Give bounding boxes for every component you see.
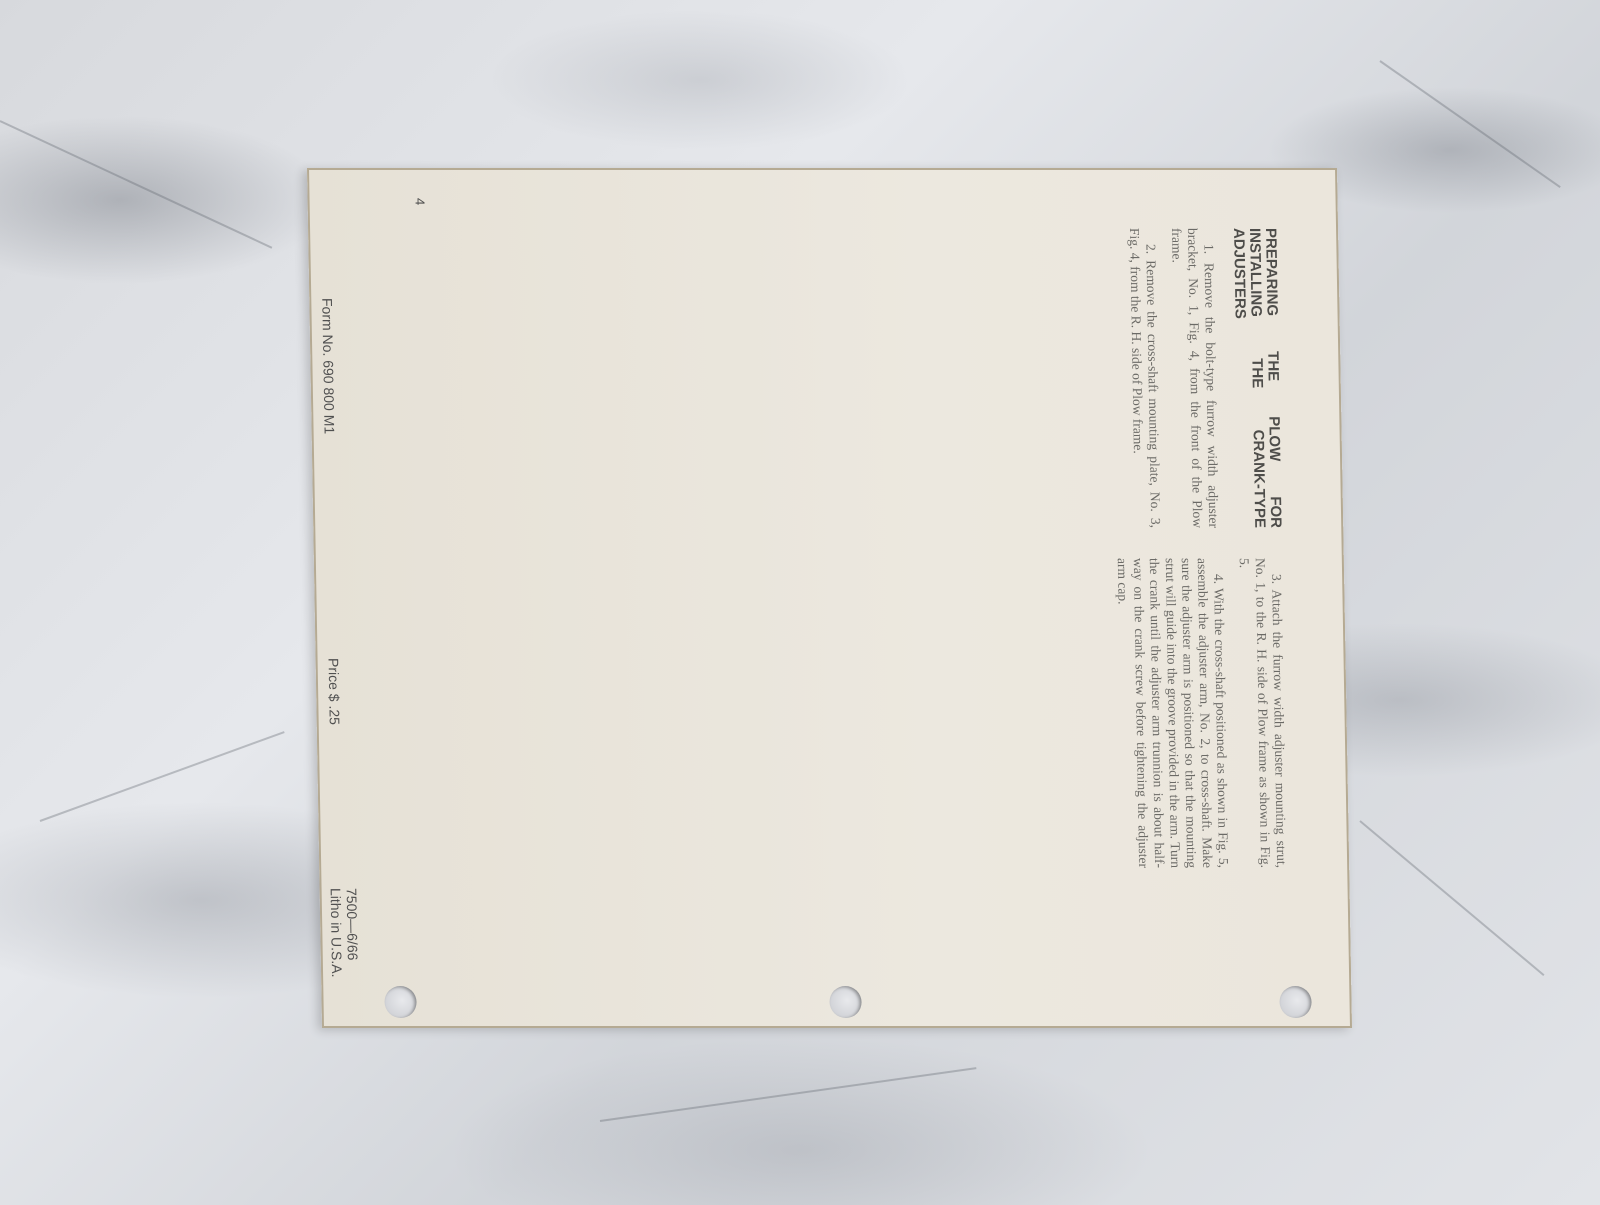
right-column: 3. Attach the furrow width adjuster moun… xyxy=(1104,558,1289,868)
binder-hole xyxy=(1279,986,1312,1018)
marble-vein xyxy=(1379,60,1560,188)
marble-vein xyxy=(1359,820,1544,976)
page-content: PREPARING THE PLOW FOR INSTALLING THE CR… xyxy=(307,168,1352,1028)
section-heading: PREPARING THE PLOW FOR INSTALLING THE CR… xyxy=(1230,228,1283,528)
price: Price $ .25 xyxy=(326,658,343,725)
marble-vein xyxy=(600,1067,977,1122)
print-code: 7500—6/66 xyxy=(344,888,362,978)
instruction-step-2: 2. Remove the cross-shaft mounting plate… xyxy=(1126,228,1163,528)
print-info: 7500—6/66 Litho in U.S.A. xyxy=(328,888,362,978)
litho-note: Litho in U.S.A. xyxy=(328,888,346,978)
document-page: PREPARING THE PLOW FOR INSTALLING THE CR… xyxy=(307,168,1352,1028)
marble-vein xyxy=(0,120,272,249)
marble-vein xyxy=(40,731,285,822)
binder-hole xyxy=(829,986,862,1018)
instruction-step-1: 1. Remove the bolt-type furrow width adj… xyxy=(1168,228,1221,528)
instruction-step-4: 4. With the cross-shaft positioned as sh… xyxy=(1114,558,1231,868)
form-number: Form No. 690 800 M1 xyxy=(319,298,337,434)
binder-hole xyxy=(384,986,417,1018)
left-column: PREPARING THE PLOW FOR INSTALLING THE CR… xyxy=(1116,228,1283,528)
instruction-step-3: 3. Attach the furrow width adjuster moun… xyxy=(1236,558,1289,868)
page-number: 4 xyxy=(413,198,428,205)
